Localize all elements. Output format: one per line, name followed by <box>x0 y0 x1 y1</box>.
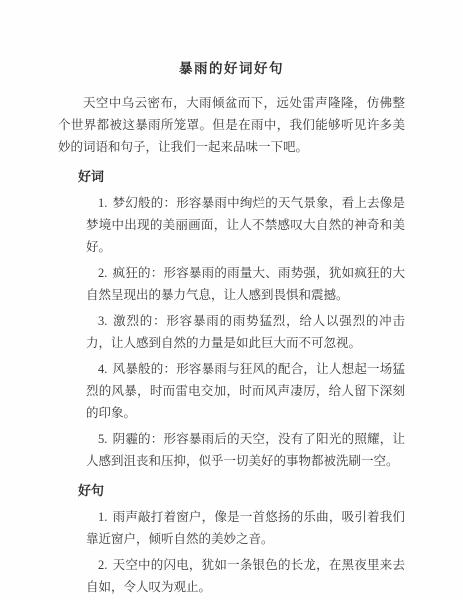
item-number: 2. <box>98 558 107 572</box>
item-number: 1. <box>98 510 107 524</box>
item-text: 风暴般的：形容暴雨与狂风的配合，让人想起一场猛烈的风暴，时而雷电交加，时而风声凄… <box>86 362 405 420</box>
document-page: 暴雨的好词好句 天空中乌云密布，大雨倾盆而下，远处雷声隆隆，仿佛整个世界都被这暴… <box>0 0 463 600</box>
item-text: 雨声敲打着窗户，像是一首悠扬的乐曲，吸引着我们靠近窗户，倾听自然的美妙之音。 <box>86 510 405 546</box>
item-text: 梦幻般的：形容暴雨中绚烂的天气景象，看上去像是梦境中出现的美丽画面，让人不禁感叹… <box>86 196 405 254</box>
document-title: 暴雨的好词好句 <box>58 58 405 80</box>
item-text: 激烈的：形容暴雨的雨势猛烈，给人以强烈的冲击力，让人感到自然的力量是如此巨大而不… <box>86 314 405 350</box>
list-item: 1.梦幻般的：形容暴雨中绚烂的天气景象，看上去像是梦境中出现的美丽画面，让人不禁… <box>86 192 405 258</box>
section-heading-good-sentences: 好句 <box>78 480 405 502</box>
list-item: 2.天空中的闪电，犹如一条银色的长龙，在黑夜里来去自如，令人叹为观止。 <box>86 554 405 598</box>
item-text: 天空中的闪电，犹如一条银色的长龙，在黑夜里来去自如，令人叹为观止。 <box>86 558 405 594</box>
item-text: 疯狂的：形容暴雨的雨量大、雨势强，犹如疯狂的大自然呈现出的暴力气息，让人感到畏惧… <box>86 266 405 302</box>
list-item: 4.风暴般的：形容暴雨与狂风的配合，让人想起一场猛烈的风暴，时而雷电交加，时而风… <box>86 358 405 424</box>
item-number: 3. <box>98 314 107 328</box>
item-number: 1. <box>98 196 107 210</box>
section-heading-good-words: 好词 <box>78 166 405 188</box>
item-number: 5. <box>98 432 107 446</box>
list-item: 2.疯狂的：形容暴雨的雨量大、雨势强，犹如疯狂的大自然呈现出的暴力气息，让人感到… <box>86 262 405 306</box>
item-text: 阴霾的：形容暴雨后的天空，没有了阳光的照耀，让人感到沮丧和压抑，似乎一切美好的事… <box>86 432 405 468</box>
list-item: 1.雨声敲打着窗户，像是一首悠扬的乐曲，吸引着我们靠近窗户，倾听自然的美妙之音。 <box>86 506 405 550</box>
list-item: 3.激烈的：形容暴雨的雨势猛烈，给人以强烈的冲击力，让人感到自然的力量是如此巨大… <box>86 310 405 354</box>
item-number: 2. <box>98 266 107 280</box>
item-number: 4. <box>98 362 107 376</box>
list-item: 5.阴霾的：形容暴雨后的天空，没有了阳光的照耀，让人感到沮丧和压抑，似乎一切美好… <box>86 428 405 472</box>
intro-paragraph: 天空中乌云密布，大雨倾盆而下，远处雷声隆隆，仿佛整个世界都被这暴雨所笼罩。但是在… <box>58 92 405 158</box>
